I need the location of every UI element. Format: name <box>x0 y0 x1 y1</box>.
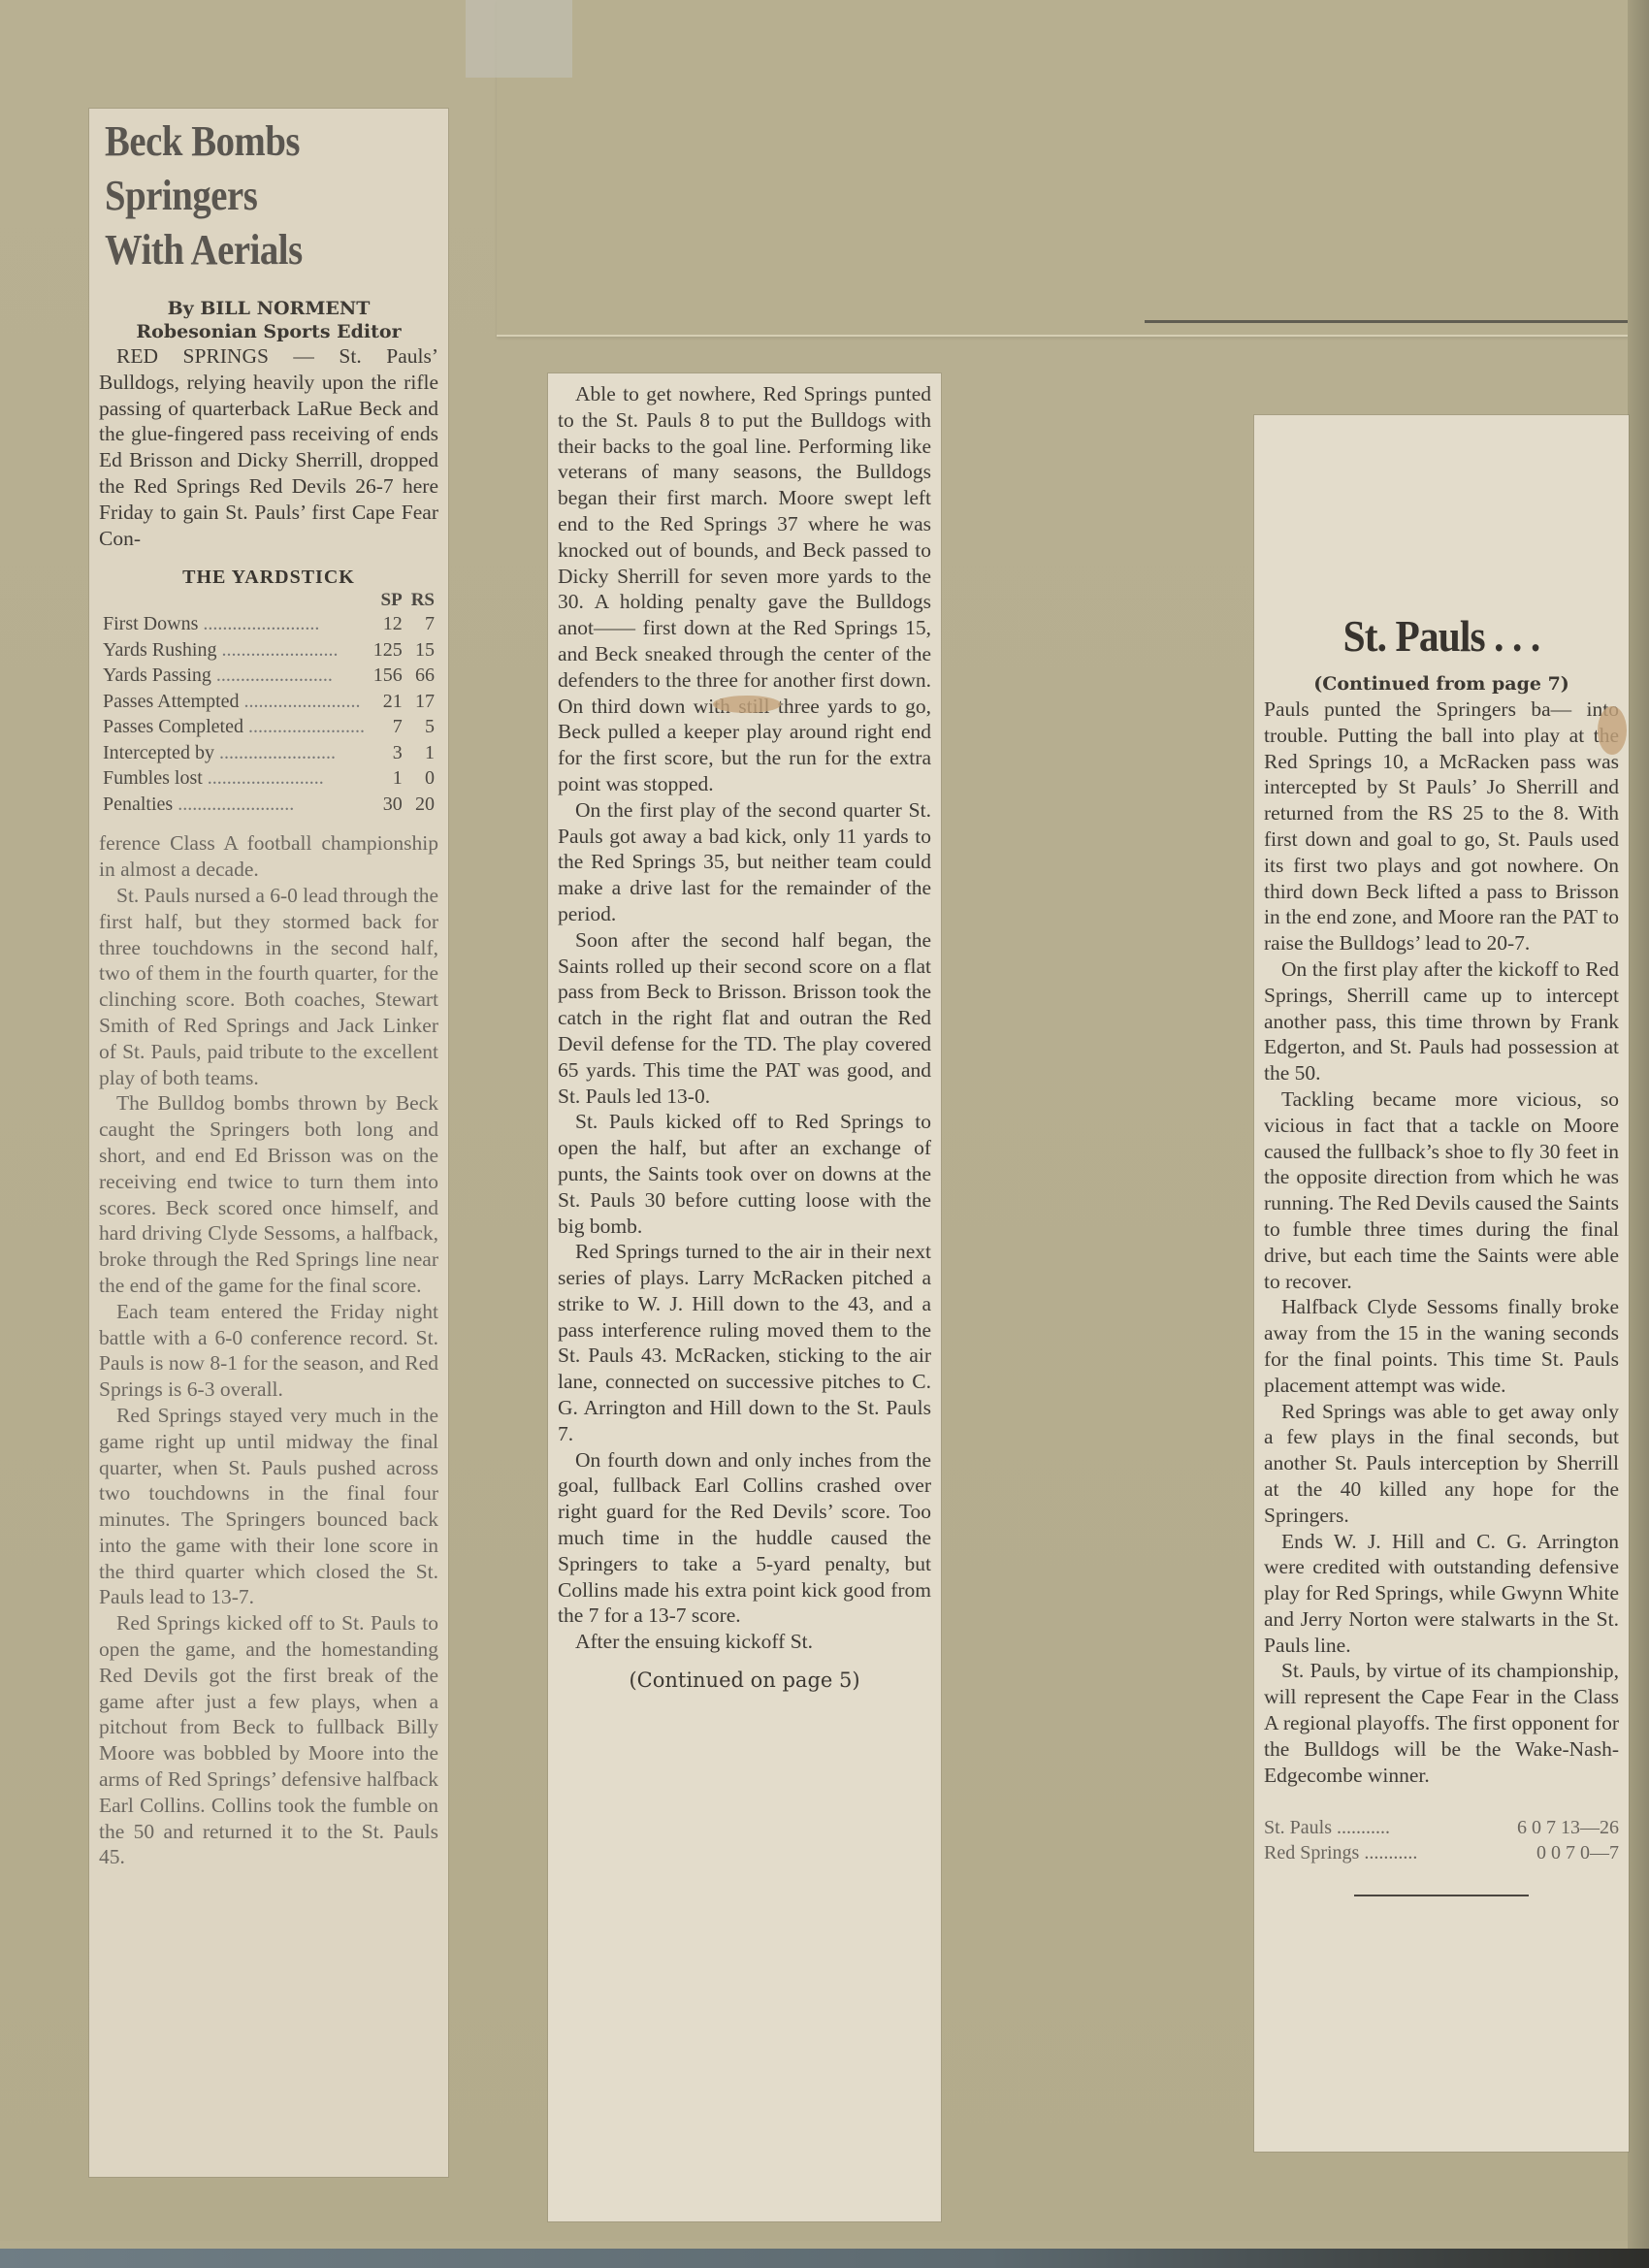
headline-line: Beck Bombs <box>105 114 399 169</box>
paper-stain <box>1598 706 1627 755</box>
article-paragraph: Red Springs was able to get away only a … <box>1264 1399 1619 1529</box>
linescore-row: Red Springs0 0 7 0—7 <box>1264 1840 1619 1865</box>
article-body: Pauls punted the Springers ba— into trou… <box>1264 697 1619 1788</box>
team-name: St. Pauls <box>1264 1815 1390 1840</box>
article-paragraph: On fourth down and only inches from the … <box>558 1447 931 1630</box>
article-paragraph: Soon after the second half began, the Sa… <box>558 927 931 1110</box>
stat-rs: 66 <box>406 663 438 689</box>
quarter-scores: 6 0 7 13—26 <box>1517 1815 1619 1840</box>
article-paragraph: The Bulldog bombs thrown by Beck caught … <box>99 1090 438 1298</box>
article-clipping-continued: Able to get nowhere, Red Springs punted … <box>548 373 941 2221</box>
yardstick-row: Fumbles lost10 <box>99 765 438 792</box>
stat-sp: 7 <box>369 714 406 740</box>
article-paragraph: After the ensuing kickoff St. <box>558 1629 931 1655</box>
stat-sp: 30 <box>369 792 406 818</box>
stat-label: Passes Attempted <box>99 689 369 715</box>
article-paragraph: St. Pauls nursed a 6-0 lead through the … <box>99 883 438 1090</box>
page-edge-shadow <box>1628 0 1649 2268</box>
paper-tear-line <box>1145 320 1649 323</box>
article-paragraph: Red Springs stayed very much in the game… <box>99 1403 438 1610</box>
stat-label: Intercepted by <box>99 740 369 766</box>
stat-rs: 17 <box>406 689 438 715</box>
stat-label: Fumbles lost <box>99 765 369 792</box>
team-name: Red Springs <box>1264 1840 1417 1865</box>
stat-sp: 21 <box>369 689 406 715</box>
jump-headline: St. Pauls . . . <box>1281 609 1600 664</box>
author-credit: Robesonian Sports Editor <box>99 320 438 343</box>
yardstick-table: THE YARDSTICK SP RS First Downs127Yards … <box>99 565 438 817</box>
tape-strip <box>466 0 572 78</box>
yardstick-row: Yards Passing15666 <box>99 663 438 689</box>
yardstick-row: First Downs127 <box>99 611 438 637</box>
article-paragraph: St. Pauls, by virtue of its championship… <box>1264 1658 1619 1788</box>
article-intro: RED SPRINGS — St. Pauls’ Bulldogs, relyi… <box>99 343 438 551</box>
column-header-rs: RS <box>406 590 438 611</box>
yardstick-row: Passes Completed75 <box>99 714 438 740</box>
stat-rs: 5 <box>406 714 438 740</box>
stat-sp: 12 <box>369 611 406 637</box>
linescore-row: St. Pauls6 0 7 13—26 <box>1264 1815 1619 1840</box>
article-paragraph: Ends W. J. Hill and C. G. Arrington were… <box>1264 1529 1619 1659</box>
stat-rs: 15 <box>406 637 438 664</box>
article-clipping-main: Beck Bombs Springers With Aerials By BIL… <box>89 109 448 2177</box>
stat-sp: 1 <box>369 765 406 792</box>
continued-on-note: (Continued on page 5) <box>558 1669 931 1692</box>
yardstick-row: Penalties3020 <box>99 792 438 818</box>
scanner-background-strip <box>0 2249 1649 2268</box>
paper-tear-stain <box>713 696 781 713</box>
yardstick-row: Yards Rushing12515 <box>99 637 438 664</box>
quarter-scores: 0 0 7 0—7 <box>1536 1840 1619 1865</box>
article-paragraph: On the first play after the kickoff to R… <box>1264 956 1619 1086</box>
overlay-paper-sheet <box>497 0 1649 337</box>
article-paragraph: Red Springs kicked off to St. Pauls to o… <box>99 1610 438 1870</box>
headline-line: With Aerials <box>105 223 399 277</box>
stat-sp: 3 <box>369 740 406 766</box>
article-paragraph: Able to get nowhere, Red Springs punted … <box>558 381 931 797</box>
article-body: ference Class A football championship in… <box>99 830 438 1870</box>
yardstick-row: Passes Attempted2117 <box>99 689 438 715</box>
article-clipping-jump: St. Pauls . . . (Continued from page 7) … <box>1254 415 1629 2152</box>
article-body: Able to get nowhere, Red Springs punted … <box>558 381 931 1655</box>
byline: By BILL NORMENT <box>99 297 438 320</box>
score-by-quarters: St. Pauls6 0 7 13—26Red Springs0 0 7 0—7 <box>1264 1815 1619 1865</box>
article-paragraph: St. Pauls kicked off to Red Springs to o… <box>558 1109 931 1239</box>
stat-label: Passes Completed <box>99 714 369 740</box>
article-paragraph: Each team entered the Friday night battl… <box>99 1299 438 1403</box>
continued-from-note: (Continued from page 7) <box>1264 671 1619 697</box>
stat-label: Yards Rushing <box>99 637 369 664</box>
article-paragraph: Halfback Clyde Sessoms finally broke awa… <box>1264 1294 1619 1398</box>
article-paragraph: Tackling became more vicious, so vicious… <box>1264 1086 1619 1294</box>
headline-line: Springers <box>105 169 399 223</box>
divider-rule <box>1354 1895 1529 1896</box>
stat-label: First Downs <box>99 611 369 637</box>
article-headline: Beck Bombs Springers With Aerials <box>105 114 399 277</box>
stat-rs: 20 <box>406 792 438 818</box>
stat-rs: 7 <box>406 611 438 637</box>
yardstick-title: THE YARDSTICK <box>99 565 438 590</box>
stat-rs: 1 <box>406 740 438 766</box>
stat-label: Penalties <box>99 792 369 818</box>
stat-sp: 125 <box>369 637 406 664</box>
article-paragraph: Pauls punted the Springers ba— into trou… <box>1264 697 1619 956</box>
article-paragraph: On the first play of the second quarter … <box>558 797 931 927</box>
yardstick-row: Intercepted by31 <box>99 740 438 766</box>
stat-label: Yards Passing <box>99 663 369 689</box>
article-paragraph: ference Class A football championship in… <box>99 830 438 883</box>
article-paragraph: Red Springs turned to the air in their n… <box>558 1239 931 1446</box>
stat-rs: 0 <box>406 765 438 792</box>
stat-sp: 156 <box>369 663 406 689</box>
column-header-sp: SP <box>369 590 406 611</box>
